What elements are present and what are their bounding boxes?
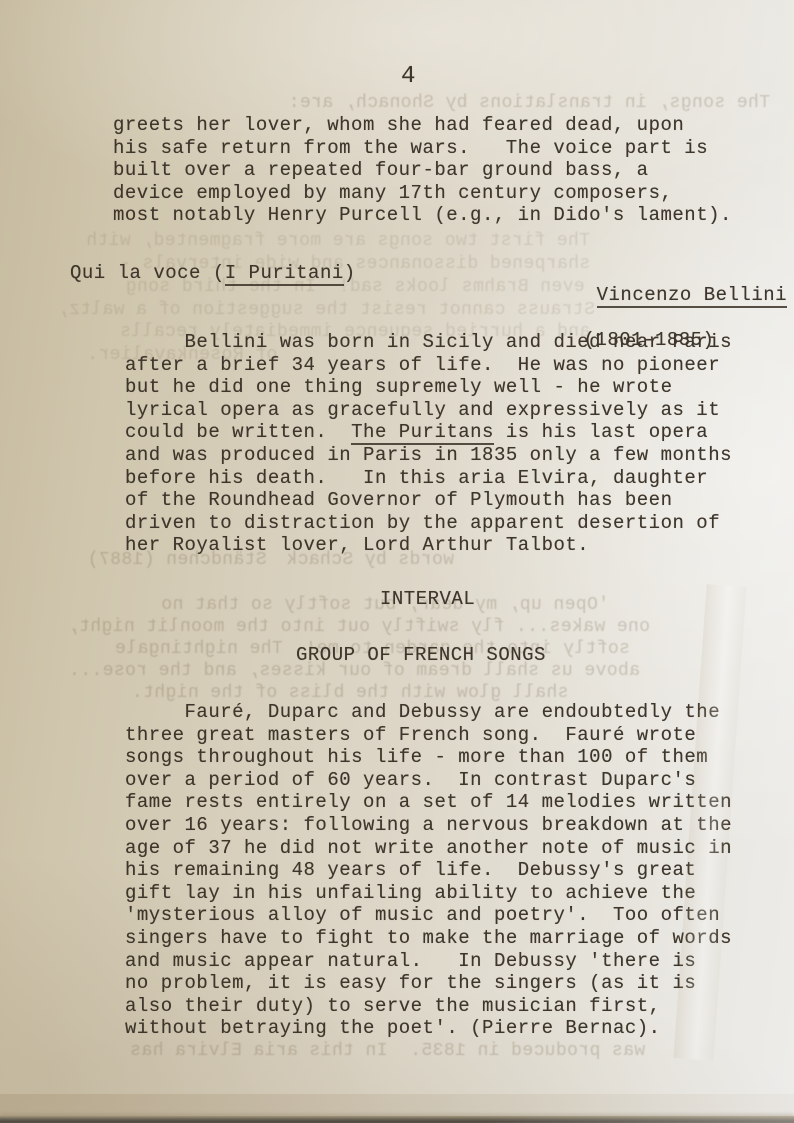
paragraph-bellini-underlined-title: The Puritans [351,421,494,445]
ghost-showthrough-line: shall glow with the bliss of the night. [130,683,570,703]
page-bottom-edge [0,1116,794,1123]
song-title-prefix: Qui la voce ( [70,262,225,284]
page-bottom-shadow [0,1094,794,1116]
group-of-french-songs-heading: GROUP OF FRENCH SONGS [296,644,546,667]
paragraph-french-songs: Fauré, Duparc and Debussy are endoubtedl… [125,701,732,1040]
ghost-showthrough-line: The first two songs are more fragmented,… [120,231,590,251]
paragraph-voice-part: greets her lover, whom she had feared de… [113,114,732,227]
song-title-opera: I Puritani [225,262,344,286]
ghost-showthrough-line: Strauss cannot resist the suggestion of … [115,300,595,320]
page-number: 4 [401,66,415,89]
composer-name: Vincenzo Bellini [597,284,787,308]
ghost-showthrough-line: one wakes... fly swiftly out into the mo… [105,617,650,637]
paragraph-bellini: Bellini was born in Sicily and died near… [125,331,732,557]
ghost-showthrough-line: The songs, in translations by Shonach, a… [360,93,770,113]
song-title-suffix: ) [344,262,356,284]
ghost-showthrough-line: was produced in 1835. In this aria Elvir… [115,1041,660,1061]
song-title: Qui la voce (I Puritani) [70,262,356,285]
scanned-program-page: The songs, in translations by Shonach, a… [0,0,794,1123]
interval-heading: INTERVAL [380,588,475,611]
